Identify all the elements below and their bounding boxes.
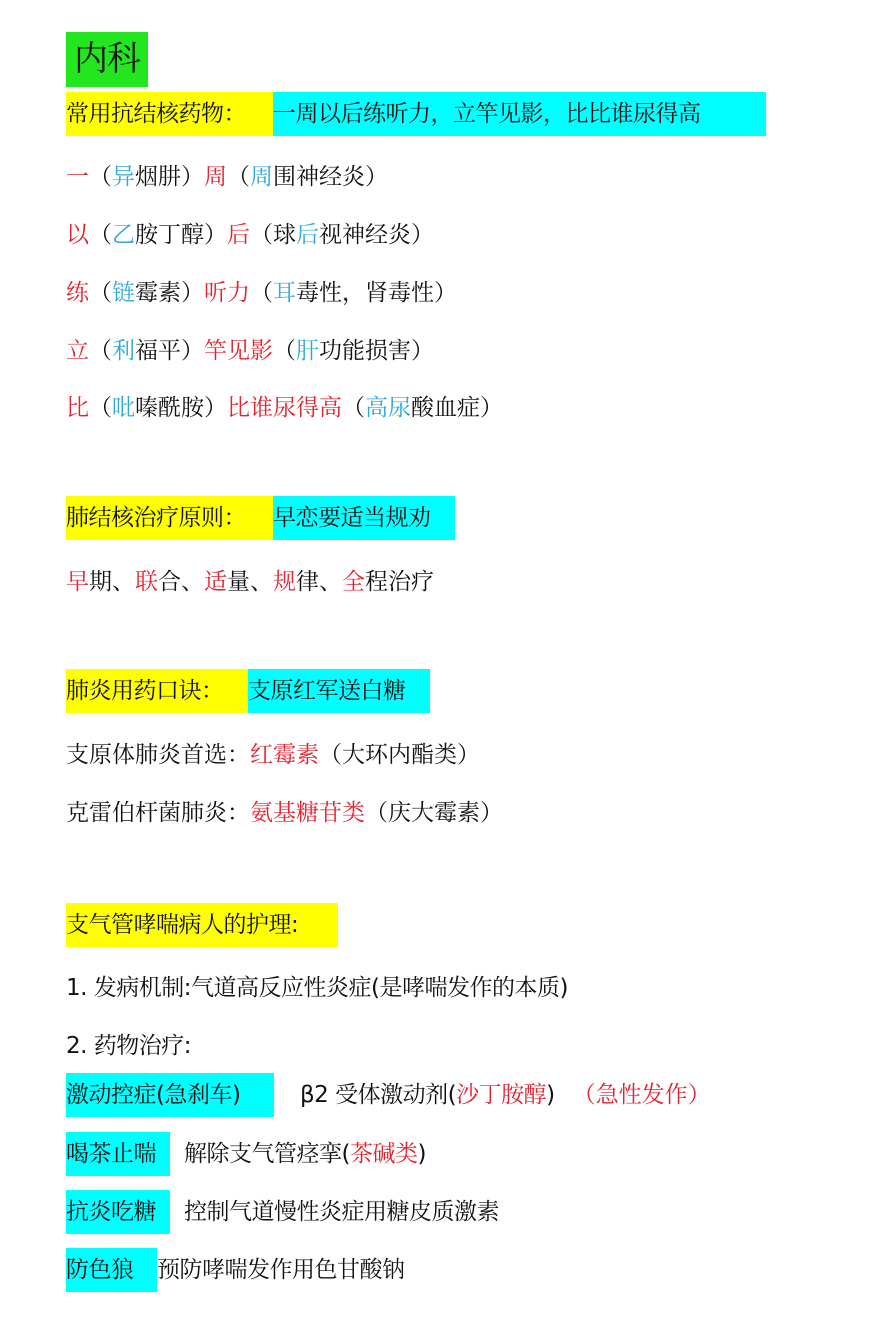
paren: （ <box>250 280 273 306</box>
asthma-mnemonic: 激动控症(急刹车) <box>66 1073 274 1117</box>
tb-drug-row: 比（吡嗪酰胺）比谁尿得高（高尿酸血症） <box>66 386 503 430</box>
tb-principles-list: 早期、联合、适量、规律、全程治疗 <box>66 560 434 604</box>
mnemonic-key: 一 <box>66 164 89 190</box>
principle-rest: 合 <box>158 569 181 595</box>
effect-key: 比谁尿得高 <box>227 395 342 421</box>
paren: ） <box>434 280 457 306</box>
paren: （ <box>342 395 365 421</box>
drug-class-note: （大环内酯类） <box>319 742 480 768</box>
drug-name-rest: 霉素 <box>135 280 181 306</box>
asthma-drug-row: 激动控症(急刹车)β2 受体激动剂(沙丁胺醇)（急性发作） <box>66 1073 711 1117</box>
effect-key: 后 <box>227 222 250 248</box>
principle-initial: 全 <box>342 569 365 595</box>
paren: ） <box>181 164 204 190</box>
pneumonia-type: 支原体肺炎首选： <box>66 742 250 768</box>
principle-initial: 规 <box>273 569 296 595</box>
paren: （ <box>273 338 296 364</box>
effect-rest: 视神经炎 <box>319 222 411 248</box>
principle-rest: 量 <box>227 569 250 595</box>
effect-key: 听力 <box>204 280 250 306</box>
paren: （ <box>227 164 250 190</box>
paren: ） <box>204 395 227 421</box>
paren: （ <box>89 164 112 190</box>
tb-principles-mnemonic: 早恋要适当规劝 <box>273 496 455 540</box>
asthma-mnemonic: 抗炎吃糖 <box>66 1190 170 1234</box>
separator: 、 <box>319 569 342 595</box>
pneumonia-heading: 肺炎用药口诀： <box>66 669 248 713</box>
asthma-drug-row: 防色狼预防哮喘发作用色甘酸钠 <box>66 1248 405 1292</box>
separator: 、 <box>181 569 204 595</box>
paren: （球 <box>250 222 296 248</box>
asthma-mnemonic: 防色狼 <box>66 1248 157 1292</box>
drug-name-rest: 福平 <box>135 338 181 364</box>
drug-initial: 链 <box>112 280 135 306</box>
paren: ） <box>181 280 204 306</box>
effect-initial: 耳 <box>273 280 296 306</box>
drug-initial: 利 <box>112 338 135 364</box>
tb-drug-row: 练（链霉素）听力（耳毒性，肾毒性） <box>66 271 457 315</box>
principle-initial: 联 <box>135 569 158 595</box>
tb-drug-row: 以（乙胺丁醇）后（球后视神经炎） <box>66 213 434 257</box>
tb-drug-row: 立（利福平）竿见影（肝功能损害） <box>66 329 434 373</box>
drug-initial: 乙 <box>112 222 135 248</box>
principle-rest: 期 <box>89 569 112 595</box>
pneumonia-heading-line: 肺炎用药口诀：支原红军送白糖 <box>66 669 430 713</box>
drug-name: 沙丁胺醇 <box>456 1082 546 1108</box>
asthma-mnemonic: 喝茶止喘 <box>66 1132 170 1176</box>
tb-drug-row: 一（异烟肼）周（周围神经炎） <box>66 155 388 199</box>
tb-principles-heading-line: 肺结核治疗原则：早恋要适当规劝 <box>66 496 455 540</box>
principle-rest: 程治疗 <box>365 569 434 595</box>
separator: 、 <box>250 569 273 595</box>
effect-rest: 酸血症 <box>411 395 480 421</box>
paren: （ <box>89 280 112 306</box>
tb-drugs-heading-line: 常用抗结核药物：一周以后练听力，立竿见影，比比谁尿得高 <box>66 92 766 136</box>
pneumonia-type: 克雷伯杆菌肺炎： <box>66 800 250 826</box>
effect-initial: 后 <box>296 222 319 248</box>
drug-class-note: （庆大霉素） <box>365 800 503 826</box>
principle-initial: 早 <box>66 569 89 595</box>
effect-initial: 周 <box>250 164 273 190</box>
paren: ) <box>546 1082 554 1108</box>
tb-drugs-heading: 常用抗结核药物： <box>66 92 273 136</box>
effect-key: 周 <box>204 164 227 190</box>
effect-initial: 高尿 <box>365 395 411 421</box>
paren: ） <box>411 222 434 248</box>
paren: ） <box>480 395 503 421</box>
drug-initial: 异 <box>112 164 135 190</box>
effect-rest: 围神经炎 <box>273 164 365 190</box>
paren: ) <box>417 1141 425 1167</box>
usage-note: （急性发作） <box>573 1082 711 1108</box>
mnemonic-key: 以 <box>66 222 89 248</box>
drug-name: 茶碱类 <box>350 1141 418 1167</box>
paren: （ <box>89 222 112 248</box>
drug-name-rest: 烟肼 <box>135 164 181 190</box>
paren: （ <box>89 395 112 421</box>
drug-description: 预防哮喘发作用色甘酸钠 <box>157 1257 405 1283</box>
pneumonia-mnemonic: 支原红军送白糖 <box>248 669 430 713</box>
mnemonic-key: 比 <box>66 395 89 421</box>
mnemonic-key: 立 <box>66 338 89 364</box>
drug-description: 控制气道慢性炎症用糖皮质激素 <box>184 1199 499 1225</box>
drug-name: 红霉素 <box>250 742 319 768</box>
asthma-drug-row: 喝茶止喘解除支气管痉挛(茶碱类) <box>66 1132 426 1176</box>
pneumonia-row: 支原体肺炎首选：红霉素（大环内酯类） <box>66 733 480 777</box>
drug-name-rest: 嗪酰胺 <box>135 395 204 421</box>
paren: （ <box>89 338 112 364</box>
principle-initial: 适 <box>204 569 227 595</box>
tb-principles-heading: 肺结核治疗原则： <box>66 496 273 540</box>
effect-key: 竿见影 <box>204 338 273 364</box>
asthma-heading-line: 支气管哮喘病人的护理: <box>66 903 338 947</box>
drug-description: β2 受体激动剂( <box>300 1082 456 1108</box>
separator: 、 <box>112 569 135 595</box>
effect-rest: 毒性，肾毒性 <box>296 280 434 306</box>
pneumonia-row: 克雷伯杆菌肺炎：氨基糖苷类（庆大霉素） <box>66 791 503 835</box>
principle-rest: 律 <box>296 569 319 595</box>
asthma-item-1: 1. 发病机制:气道高反应性炎症(是哮喘发作的本质) <box>66 966 568 1010</box>
asthma-item-2: 2. 药物治疗: <box>66 1024 191 1068</box>
drug-description: 解除支气管痉挛( <box>184 1141 350 1167</box>
effect-initial: 肝 <box>296 338 319 364</box>
mnemonic-key: 练 <box>66 280 89 306</box>
page-title: 内科 <box>66 32 148 87</box>
tb-drugs-mnemonic: 一周以后练听力，立竿见影，比比谁尿得高 <box>273 92 766 136</box>
drug-initial: 吡 <box>112 395 135 421</box>
asthma-heading: 支气管哮喘病人的护理: <box>66 903 338 947</box>
effect-rest: 功能损害 <box>319 338 411 364</box>
paren: ） <box>411 338 434 364</box>
drug-name: 氨基糖苷类 <box>250 800 365 826</box>
paren: ） <box>365 164 388 190</box>
asthma-drug-row: 抗炎吃糖控制气道慢性炎症用糖皮质激素 <box>66 1190 499 1234</box>
paren: ） <box>181 338 204 364</box>
drug-name-rest: 胺丁醇 <box>135 222 204 248</box>
paren: ） <box>204 222 227 248</box>
